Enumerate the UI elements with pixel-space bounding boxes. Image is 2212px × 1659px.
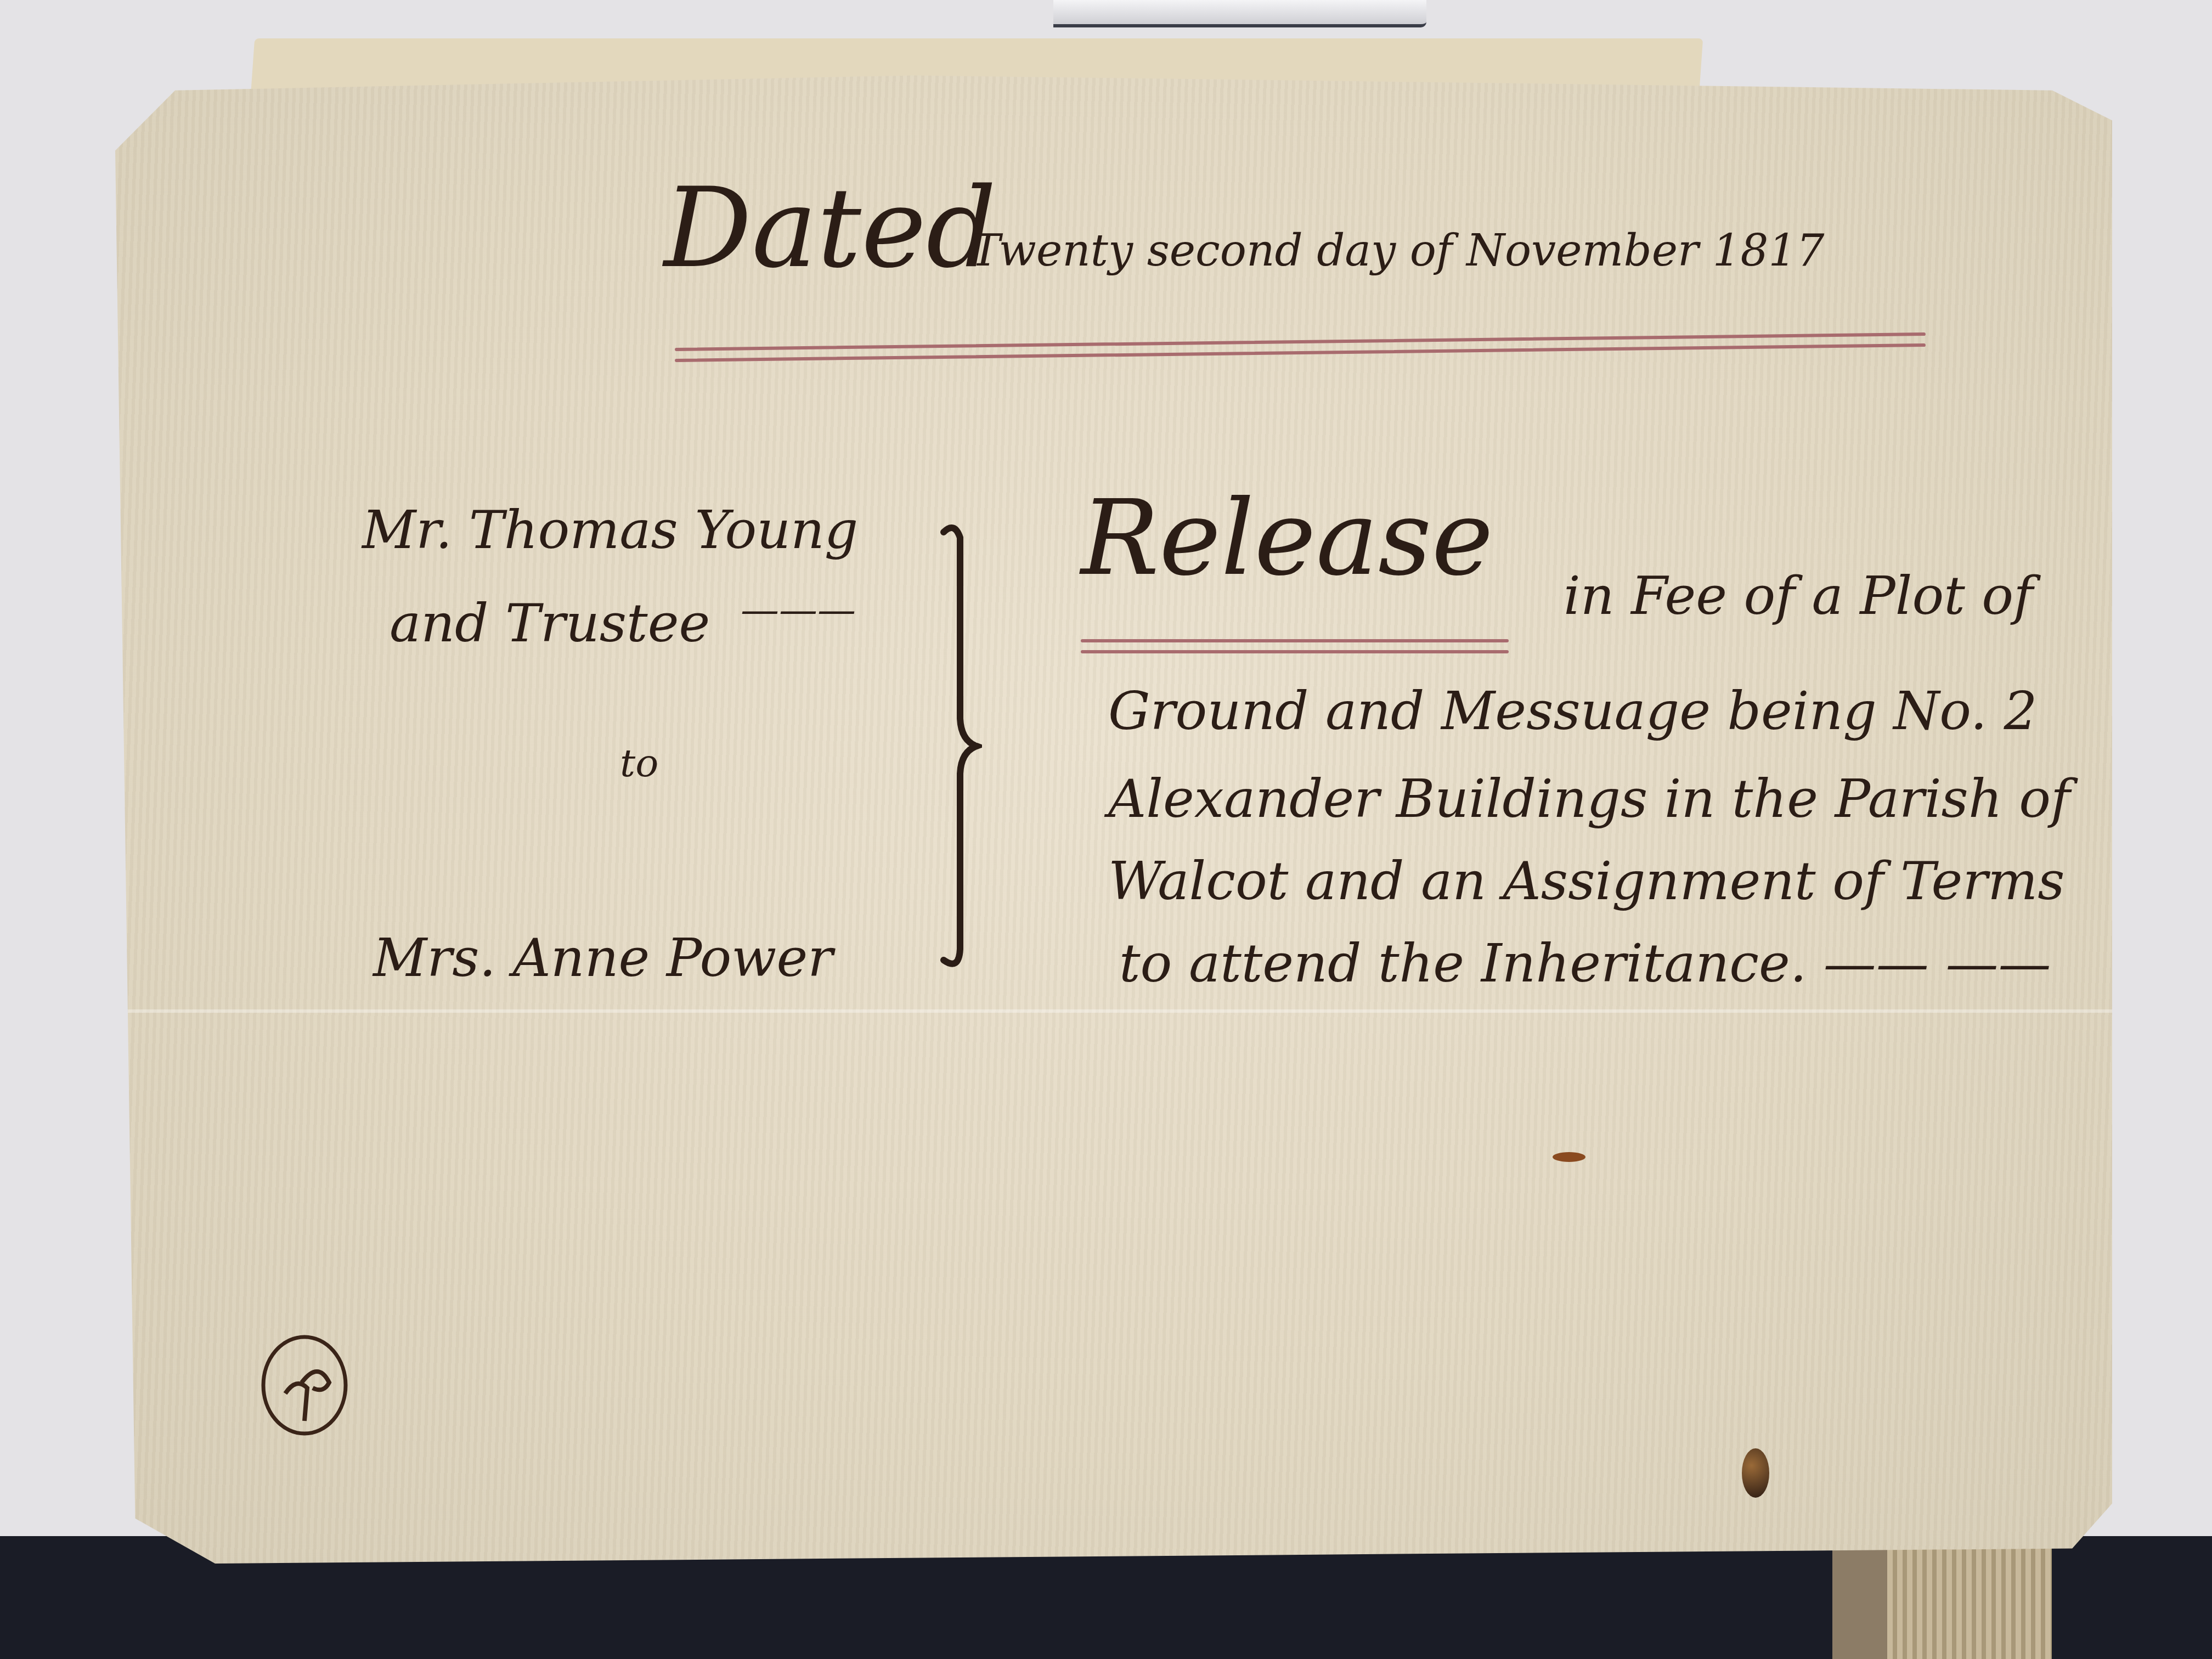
description-line-2: Ground and Messuage being No. 2 — [1108, 680, 2038, 742]
date-text: Twenty second day of November 1817 — [971, 225, 1824, 276]
description-line-4: Walcot and an Assignment of Terms — [1108, 850, 2065, 912]
release-underline-bottom — [1081, 650, 1509, 653]
paper-fold-line — [115, 1009, 2112, 1013]
legal-deed-wrapper: Dated Twenty second day of November 1817… — [115, 60, 2112, 1564]
curly-brace-icon — [938, 521, 982, 971]
release-title: Release — [1081, 477, 1493, 599]
description-line-5: to attend the Inheritance. —— —— — [1119, 933, 2051, 994]
grantor-name: Mr. Thomas Young — [362, 499, 858, 561]
dated-heading: Dated — [664, 165, 996, 292]
background-book — [1053, 0, 1426, 27]
release-underline-top — [1081, 639, 1509, 642]
grantor-dash: ——— — [741, 587, 856, 632]
circled-mark-icon — [252, 1328, 357, 1437]
grantee-name: Mrs. Anne Power — [373, 927, 833, 989]
description-line-1: in Fee of a Plot of — [1564, 565, 2033, 627]
ink-stain-small — [1553, 1152, 1585, 1162]
grantor-trustee: and Trustee — [390, 592, 710, 654]
connector-to: to — [620, 741, 658, 786]
description-line-3: Alexander Buildings in the Parish of — [1108, 768, 2070, 830]
ink-stain-large — [1742, 1448, 1769, 1498]
